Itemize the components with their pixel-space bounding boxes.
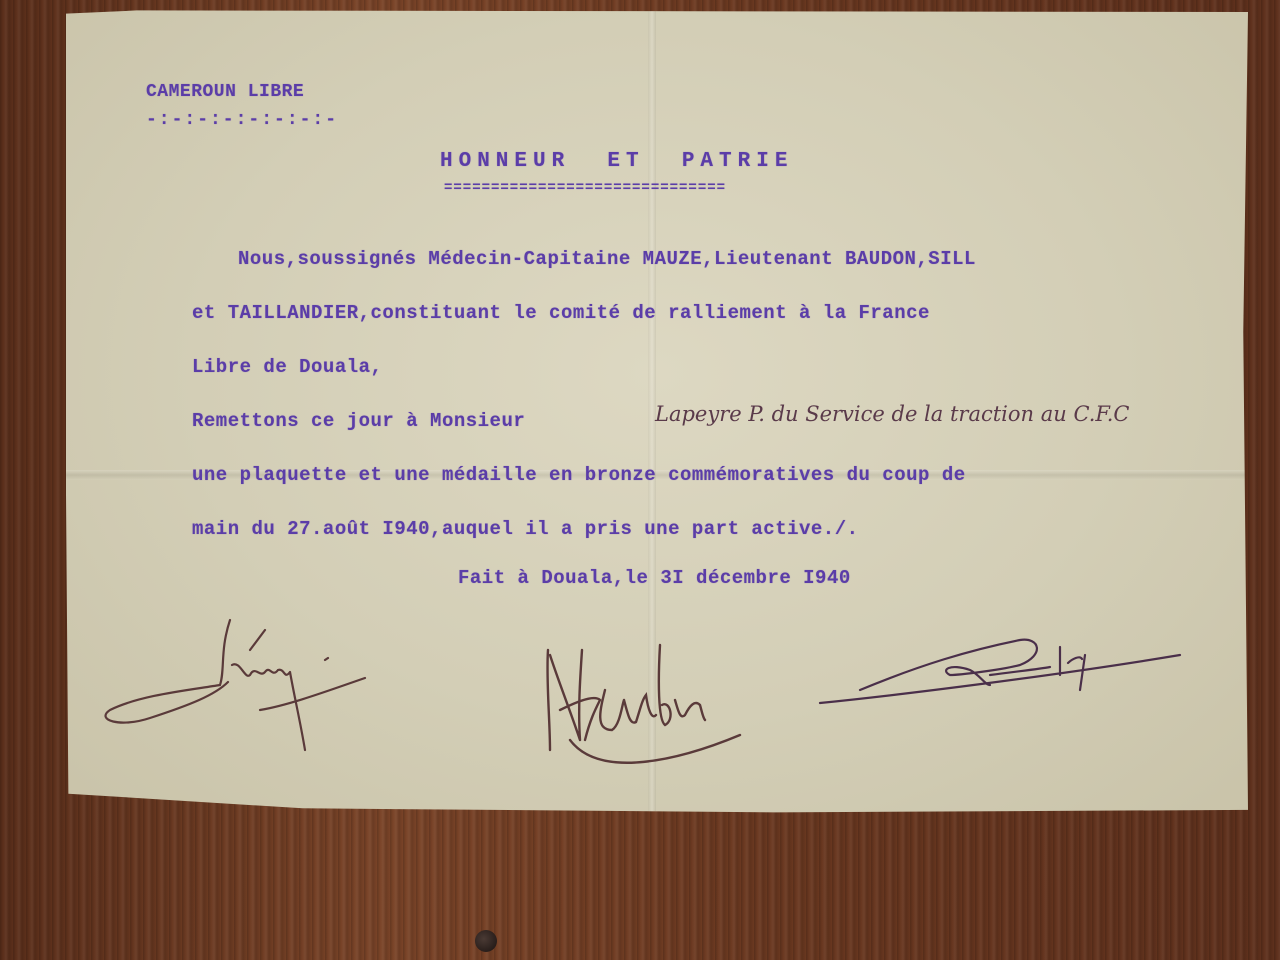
recipient-handwritten: Lapeyre P. du Service de la traction au … bbox=[655, 402, 1129, 426]
document-title: HONNEUR ET PATRIE bbox=[440, 150, 793, 173]
body-line-5: une plaquette et une médaille en bronze … bbox=[192, 464, 966, 486]
signature-sill bbox=[810, 635, 1190, 715]
signature-mauze bbox=[100, 610, 380, 760]
nail-head bbox=[475, 930, 497, 952]
signature-baudon bbox=[540, 640, 800, 760]
body-line-2: et TAILLANDIER,constituant le comité de … bbox=[192, 302, 930, 324]
title-underline: ============================== bbox=[444, 180, 726, 196]
header-ornament: -:-:-:-:-:-:-:- bbox=[146, 110, 338, 130]
body-line-1: Nous,soussignés Médecin-Capitaine MAUZE,… bbox=[238, 248, 976, 270]
place-date: Fait à Douala,le 3I décembre I940 bbox=[458, 567, 851, 589]
organization-header: CAMEROUN LIBRE bbox=[146, 82, 304, 102]
body-line-4-prefix: Remettons ce jour à Monsieur bbox=[192, 410, 525, 432]
body-line-3: Libre de Douala, bbox=[192, 356, 382, 378]
body-line-6: main du 27.août I940,auquel il a pris un… bbox=[192, 518, 859, 540]
